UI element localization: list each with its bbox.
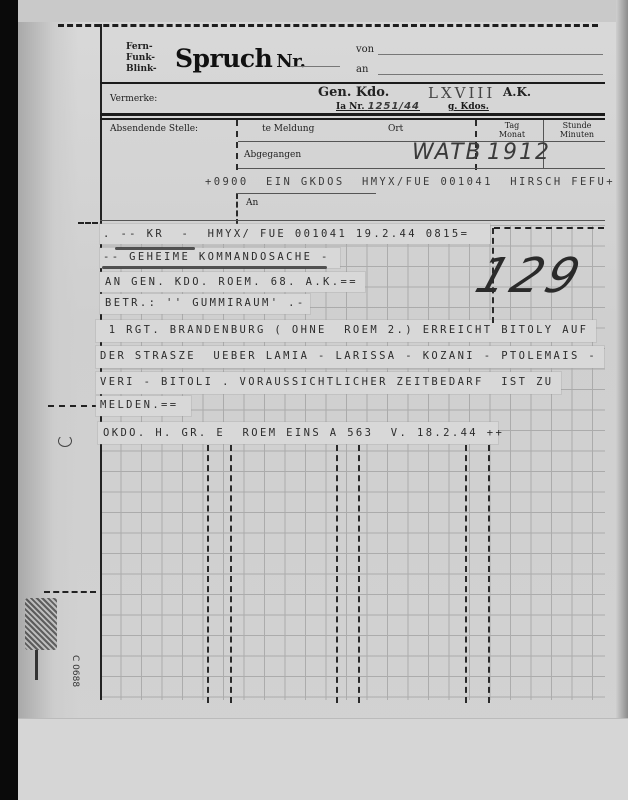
classification-mark: g. Kdos. <box>448 102 489 112</box>
type-fern: Fern- <box>126 42 157 53</box>
vermerke-label: Vermerke: <box>110 94 157 104</box>
handwritten-ort: WATB <box>412 140 483 165</box>
top-cut-line <box>58 24 598 27</box>
abgegangen-row-divider <box>238 168 605 169</box>
grid-top-dash <box>494 227 604 229</box>
an-label: an <box>356 64 368 75</box>
underline-mark-2 <box>102 266 327 269</box>
ort-label: Ort <box>388 124 403 134</box>
corps-suffix: A.K. <box>503 85 531 99</box>
underlying-sheet <box>18 718 628 800</box>
form-title-text: Spruch <box>175 44 272 73</box>
teletype-body-line-4: MELDEN.== <box>100 399 179 411</box>
type-blink: Blink- <box>126 64 157 75</box>
punch-hole-mark <box>58 435 72 447</box>
grid-divider-a <box>207 445 209 703</box>
corps-number: LXVIII <box>428 84 495 102</box>
column-divider-1 <box>236 120 238 170</box>
handwritten-tag-monat: 1912 <box>487 140 551 165</box>
grid-divider-c <box>336 445 338 703</box>
handwritten-sheet-number: 129 <box>469 248 591 304</box>
grid-divider-b <box>230 445 232 703</box>
message-type-labels: Fern- Funk- Blink- <box>126 42 157 75</box>
grid-divider-e <box>465 445 467 703</box>
teletype-line-classification: -- GEHEIME KOMMANDOSACHE - <box>103 251 330 263</box>
stunde-label: Stunde <box>553 121 601 130</box>
absendende-stelle-label: Absendende Stelle: <box>110 124 198 134</box>
monat-label: Monat <box>492 130 532 139</box>
ia-nr-label: Ia Nr. <box>336 102 364 112</box>
vermerke-divider-bottom <box>100 118 605 120</box>
teletype-header-line: +0900 EIN GKDOS HMYX/FUE 001041 HIRSCH F… <box>205 176 615 188</box>
header-divider <box>100 82 605 84</box>
underline-mark <box>115 247 195 250</box>
right-paper-edge <box>616 0 628 800</box>
an-row-bottom <box>100 220 605 221</box>
meldung-label: te Meldung <box>262 124 314 134</box>
an-row-top <box>236 193 376 194</box>
grid-divider-d <box>358 445 360 703</box>
teletype-signature-line: OKDO. H. GR. E ROEM EINS A 563 V. 18.2.4… <box>103 427 504 439</box>
stamp-tear <box>35 650 38 680</box>
cut-mark-3 <box>44 591 96 593</box>
teletype-body-line-3: VERI - BITOLI . VORAUSSICHTLICHER ZEITBE… <box>100 376 554 388</box>
ia-nr-value: 1251/44 <box>368 101 420 112</box>
grid-divider-top-right <box>492 228 494 323</box>
teletype-line-routing: . -- KR - HMYX/ FUE 001041 19.2.44 0815= <box>103 228 469 240</box>
cut-mark-1 <box>78 222 98 224</box>
grid-divider-f <box>488 445 490 703</box>
ia-nr: Ia Nr. 1251/44 <box>336 101 420 112</box>
vermerke-divider-top <box>100 113 605 116</box>
top-paper-edge <box>18 0 628 22</box>
von-label: von <box>356 44 374 55</box>
teletype-line-subject: BETR.: '' GUMMIRAUM' .- <box>105 297 306 309</box>
form-code: C 0688 <box>70 655 80 687</box>
teletype-body-line-1: 1 RGT. BRANDENBURG ( OHNE ROEM 2.) ERREI… <box>100 324 588 336</box>
cut-mark-2 <box>48 405 98 407</box>
tag-monat-label: Tag Monat <box>492 121 532 139</box>
von-field <box>378 54 603 55</box>
minuten-label: Minuten <box>553 130 601 139</box>
an-field-label: An <box>246 198 258 208</box>
form-title: SpruchNr. <box>175 44 305 73</box>
teletype-line-addressee: AN GEN. KDO. ROEM. 68. A.K.== <box>105 276 358 288</box>
form-title-nr: Nr. <box>276 51 305 72</box>
abgegangen-label: Abgegangen <box>244 150 301 160</box>
tag-label: Tag <box>492 121 532 130</box>
spruch-nr-field <box>290 66 340 67</box>
eagle-stamp <box>25 598 57 650</box>
type-funk: Funk- <box>126 53 157 64</box>
stunde-minuten-label: Stunde Minuten <box>553 121 601 139</box>
teletype-body-line-2: DER STRASZE UEBER LAMIA - LARISSA - KOZA… <box>100 350 597 362</box>
an-field-top <box>378 74 603 75</box>
gen-kdo-label: Gen. Kdo. <box>318 85 389 100</box>
page-shadow <box>18 0 78 800</box>
